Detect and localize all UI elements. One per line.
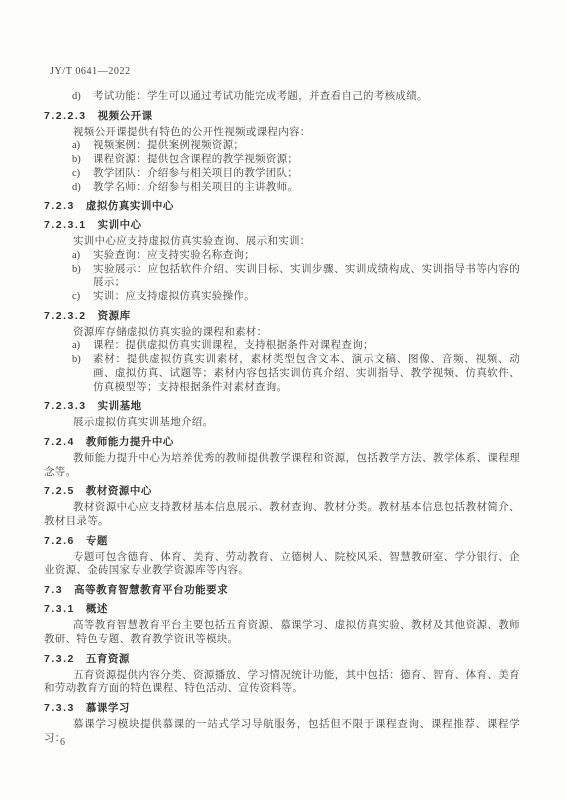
section-number: 7.3 (44, 584, 63, 596)
paragraph: 展示虚拟仿真实训基地介绍。 (44, 416, 520, 430)
list-item: b)素材：提供虚拟仿真实训素材，素材类型包含文本、演示文稿、图像、音频、视频、动… (44, 353, 520, 394)
section-heading: 7.2.5教材资源中心 (44, 484, 520, 498)
section-title: 实训中心 (98, 219, 142, 231)
section-heading: 7.3.2五育资源 (44, 652, 520, 666)
section-number: 7.2.2.3 (44, 110, 87, 122)
section-title: 资源库 (98, 310, 131, 322)
section-heading: 7.2.3虚拟仿真实训中心 (44, 199, 520, 213)
page-number: 6 (60, 737, 65, 748)
section-number: 7.3.2 (44, 653, 75, 665)
list-item-text: 实验展示：应包括软件介绍、实训目标、实训步骤、实训成绩构成、实训指导书等内容的展… (93, 263, 520, 290)
paragraph: 五育资源提供内容分类、资源播放、学习情况统计功能，其中包括：德育、智育、体育、美… (44, 669, 520, 696)
list-item: d)考试功能：学生可以通过考试功能完成考题，并查看自己的考核成绩。 (44, 90, 520, 104)
list-item-label: a) (72, 139, 93, 153)
list-item-text: 素材：提供虚拟仿真实训素材，素材类型包含文本、演示文稿、图像、音频、视频、动画、… (93, 353, 520, 394)
paragraph: 资源库存储虚拟仿真实验的课程和素材： (44, 326, 520, 340)
section-number: 7.2.3.1 (44, 219, 87, 231)
list-item-text: 实验查询：应支持实验名称查询； (93, 249, 520, 263)
section-number: 7.3.1 (44, 603, 75, 615)
list-item: b)实验展示：应包括软件介绍、实训目标、实训步骤、实训成绩构成、实训指导书等内容… (44, 263, 520, 290)
list-item: a)实验查询：应支持实验名称查询； (44, 249, 520, 263)
document-standard-number: JY/T 0641—2022 (50, 66, 520, 77)
list-item-text: 教学名师：介绍参与相关项目的主讲教师。 (93, 181, 520, 195)
section-heading: 7.3.3慕课学习 (44, 701, 520, 715)
section-heading: 7.2.6专题 (44, 534, 520, 548)
section-title: 高等教育智慧教育平台功能要求 (74, 584, 228, 596)
section-number: 7.2.3 (44, 200, 75, 212)
paragraph: 慕课学习模块提供慕课的一站式学习导航服务，包括但不限于课程查询、课程推荐、课程学… (44, 718, 520, 745)
list-item-label: c) (72, 290, 93, 304)
section-number: 7.2.4 (44, 436, 75, 448)
list-item: a)课程：提供虚拟仿真实训课程，支持根据条件对课程查询； (44, 339, 520, 353)
list-item-text: 视频案例：提供案例视频资源； (93, 139, 520, 153)
section-heading: 7.3.1概述 (44, 602, 520, 616)
paragraph: 教师能力提升中心为培养优秀的教师提供教学课程和资源，包括教学方法、教学体系、课程… (44, 452, 520, 479)
section-heading: 7.2.3.2资源库 (44, 309, 520, 323)
list-item-text: 考试功能：学生可以通过考试功能完成考题，并查看自己的考核成绩。 (93, 90, 520, 104)
list-item: d)教学名师：介绍参与相关项目的主讲教师。 (44, 181, 520, 195)
list-item-label: c) (72, 167, 93, 181)
section-heading: 7.3高等教育智慧教育平台功能要求 (44, 583, 520, 597)
list-item-label: d) (72, 181, 93, 195)
list-item-text: 实训：应支持虚拟仿真实验操作。 (93, 290, 520, 304)
document-page: JY/T 0641—2022 d)考试功能：学生可以通过考试功能完成考题，并查看… (0, 0, 566, 800)
paragraph: 专题可包含德育、体育、美育、劳动教育、立德树人、院校风采、智慧教研室、学分银行、… (44, 551, 520, 578)
section-number: 7.2.6 (44, 535, 75, 547)
list-item: c)教学团队：介绍参与相关项目的教学团队； (44, 167, 520, 181)
list-item-label: b) (72, 263, 93, 290)
paragraph: 实训中心应支持虚拟仿真实验查询、展示和实训： (44, 235, 520, 249)
list-item-label: b) (72, 353, 93, 394)
paragraph: 视频公开课提供有特色的公开性视频或课程内容： (44, 126, 520, 140)
section-title: 虚拟仿真实训中心 (86, 200, 174, 212)
section-number: 7.2.3.3 (44, 400, 87, 412)
section-title: 专题 (86, 535, 108, 547)
list-item-label: b) (72, 153, 93, 167)
section-title: 教师能力提升中心 (86, 436, 174, 448)
list-item-label: d) (72, 90, 93, 104)
section-number: 7.2.3.2 (44, 310, 87, 322)
section-heading: 7.2.3.1实训中心 (44, 218, 520, 232)
list-item: a)视频案例：提供案例视频资源； (44, 139, 520, 153)
document-content: d)考试功能：学生可以通过考试功能完成考题，并查看自己的考核成绩。7.2.2.3… (44, 90, 520, 745)
section-heading: 7.2.3.3实训基地 (44, 399, 520, 413)
list-item-label: a) (72, 339, 93, 353)
list-item-text: 课程资源：提供包含课程的教学视频资源； (93, 153, 520, 167)
list-item: b)课程资源：提供包含课程的教学视频资源； (44, 153, 520, 167)
paragraph: 高等教育智慧教育平台主要包括五育资源、慕课学习、虚拟仿真实验、教材及其他资源、教… (44, 619, 520, 646)
section-number: 7.3.3 (44, 702, 75, 714)
section-title: 五育资源 (86, 653, 130, 665)
section-number: 7.2.5 (44, 485, 75, 497)
section-heading: 7.2.4教师能力提升中心 (44, 435, 520, 449)
list-item-text: 课程：提供虚拟仿真实训课程，支持根据条件对课程查询； (93, 339, 520, 353)
section-title: 实训基地 (98, 400, 142, 412)
section-heading: 7.2.2.3视频公开课 (44, 109, 520, 123)
section-title: 视频公开课 (98, 110, 153, 122)
list-item-label: a) (72, 249, 93, 263)
list-item-text: 教学团队：介绍参与相关项目的教学团队； (93, 167, 520, 181)
section-title: 教材资源中心 (86, 485, 152, 497)
section-title: 慕课学习 (86, 702, 130, 714)
list-item: c)实训：应支持虚拟仿真实验操作。 (44, 290, 520, 304)
section-title: 概述 (86, 603, 108, 615)
paragraph: 教材资源中心应支持教材基本信息展示、教材查询、教材分类。教材基本信息包括教材简介… (44, 501, 520, 528)
